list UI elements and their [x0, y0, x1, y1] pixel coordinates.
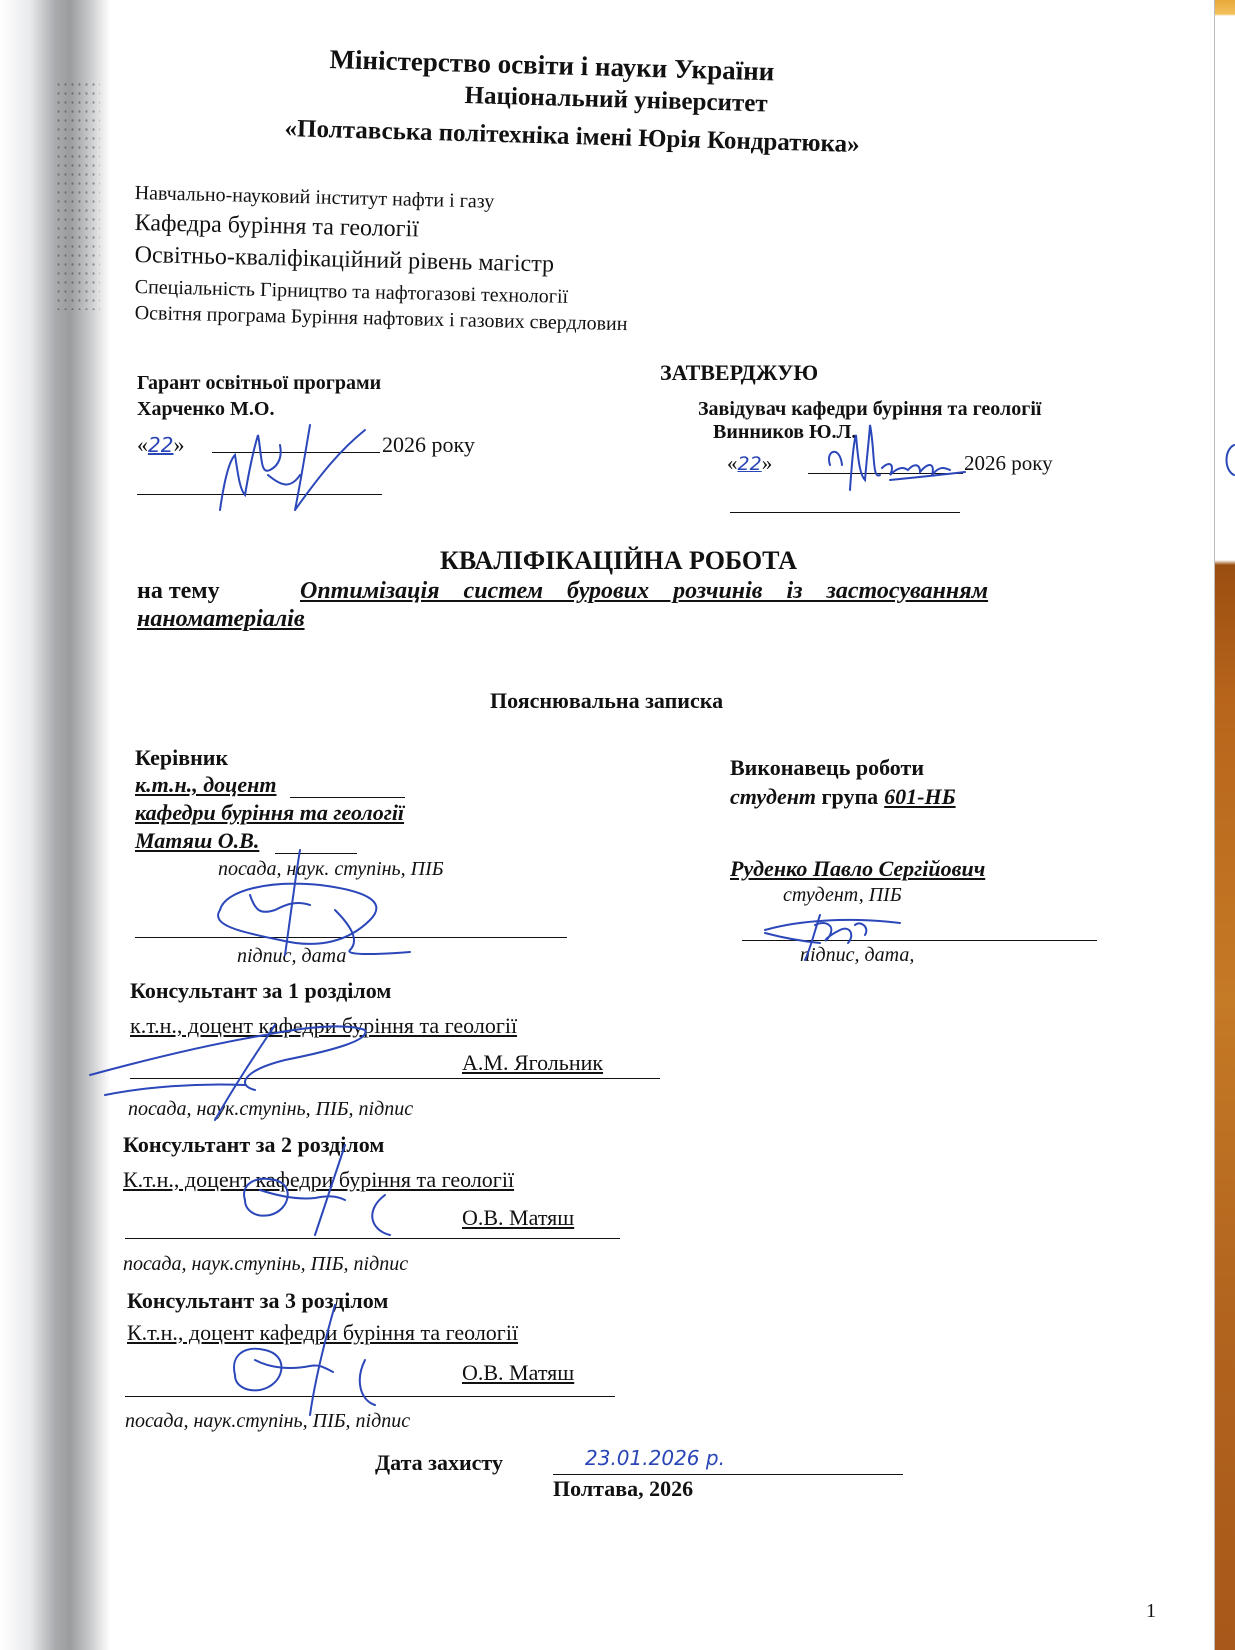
page-number: 1: [1146, 1600, 1156, 1623]
consultant-3-name: О.В. Матяш: [462, 1360, 574, 1386]
performer-title: Виконавець роботи: [730, 755, 924, 781]
approval-date: «22»: [727, 451, 772, 476]
quote-open: «: [137, 432, 148, 457]
university-line2: «Полтавська політехніка імені Юрія Кондр…: [284, 115, 860, 159]
performer-group: 601-НБ: [878, 784, 981, 809]
quote-open: «: [727, 451, 738, 475]
approval-title: ЗАТВЕРДЖУЮ: [660, 360, 818, 386]
approval-year: 2026 року: [964, 451, 1053, 476]
performer-name: Руденко Павло Сергійович: [730, 856, 985, 882]
document-page: Міністерство освіти і науки України Наці…: [0, 0, 1235, 1650]
topic-line2: наноматеріалів: [137, 606, 305, 633]
supervisor-degree-line: [290, 797, 405, 798]
guarantor-signature: [210, 415, 370, 515]
university-line1: Національний університет: [464, 82, 768, 118]
performer-group-label: група: [822, 784, 879, 809]
supervisor-department: кафедри буріння та геології: [135, 800, 404, 826]
consultant-1-name: А.М. Ягольник: [462, 1050, 603, 1076]
city-year: Полтава, 2026: [553, 1476, 693, 1502]
approval-position: Завідувач кафедри буріння та геології: [698, 398, 1041, 421]
guarantor-day: 22: [148, 433, 173, 457]
guarantor-title: Гарант освітньої програми: [137, 372, 381, 395]
supervisor-degree: к.т.н., доцент: [135, 772, 277, 798]
institute-line: Навчально-науковий інститут нафти і газу: [134, 182, 494, 214]
performer-signature: [760, 905, 910, 965]
explanatory-note-title: Пояснювальна записка: [490, 688, 723, 714]
performer-group-line: студент група601-НБ: [730, 784, 982, 810]
topic-prefix: на тему: [137, 578, 220, 605]
consultant-2-caption: посада, наук.ступінь, ПІБ, підпис: [123, 1253, 408, 1276]
ministry-title: Міністерство освіти і науки України: [329, 44, 775, 87]
defense-date-line: [553, 1474, 903, 1475]
defense-date: 23.01.2026 р.: [585, 1446, 725, 1470]
performer-role: студент: [730, 784, 816, 809]
level-line: Освітньо-кваліфікаційний рівень магістр: [134, 242, 554, 279]
topic-line1: Оптимізація систем бурових розчинів із з…: [300, 578, 988, 605]
consultant-2-name: О.В. Матяш: [462, 1205, 574, 1231]
consultant-3-signature: [215, 1300, 435, 1420]
consultant-1-signature: [85, 1005, 385, 1125]
guarantor-date: «22»: [137, 432, 184, 458]
consultant-1-title: Консультант за 1 розділом: [130, 978, 391, 1004]
approval-day: 22: [738, 453, 762, 475]
quote-close: »: [762, 451, 773, 475]
defense-label: Дата захисту: [375, 1450, 503, 1476]
stray-pen-mark: [1222, 440, 1235, 480]
supervisor-signature: [200, 840, 420, 960]
department-line: Кафедра буріння та геології: [134, 210, 419, 243]
consultant-2-signature: [215, 1140, 455, 1240]
approval-signature-line: [730, 512, 960, 513]
guarantor-year: 2026 року: [382, 432, 475, 458]
supervisor-title: Керівник: [135, 745, 228, 771]
quote-close: »: [173, 432, 184, 457]
work-title: КВАЛІФІКАЦІЙНА РОБОТА: [440, 546, 797, 576]
approval-signature: [820, 420, 970, 500]
performer-caption: студент, ПІБ: [783, 884, 902, 907]
